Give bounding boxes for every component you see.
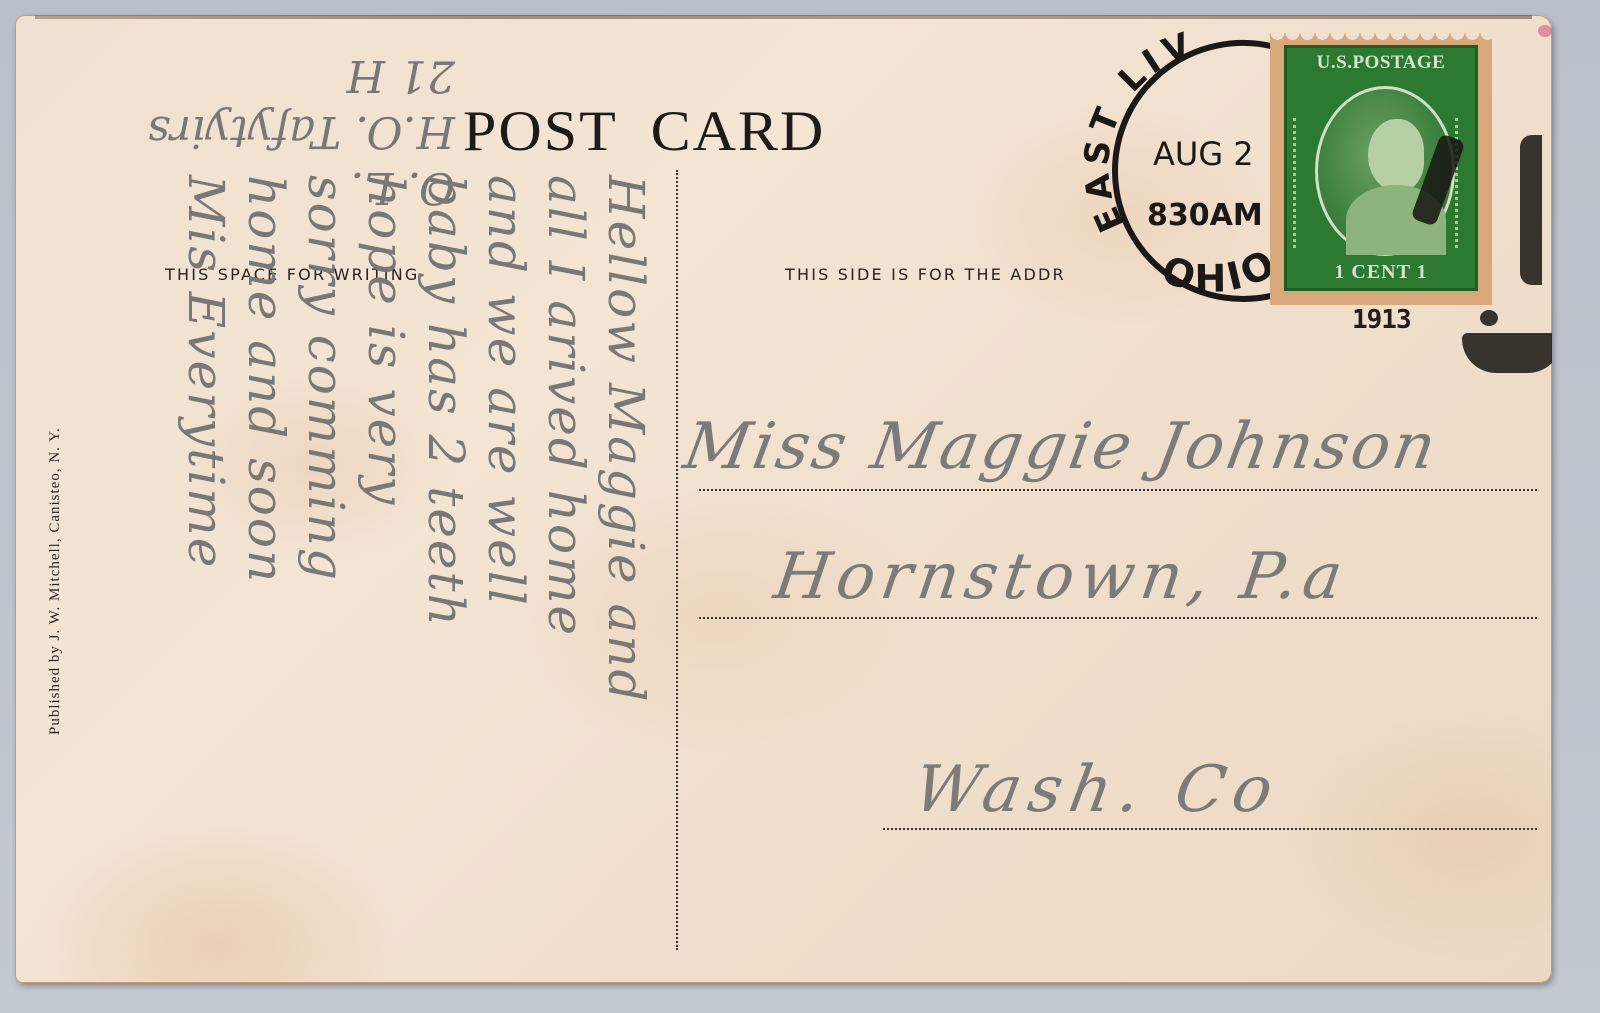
center-divider xyxy=(676,170,678,950)
cancel-mark xyxy=(1462,333,1552,373)
card-top-edge xyxy=(35,15,1532,19)
svg-text:OHIO: OHIO xyxy=(1157,240,1285,301)
stamp-top-text: U.S.POSTAGE xyxy=(1293,52,1469,74)
message-line: hope is very xyxy=(355,175,415,703)
handwritten-message: Hellow Maggie and all I arived home and … xyxy=(175,175,655,703)
address-side-label: THIS SIDE IS FOR THE ADDR xyxy=(785,265,1066,284)
handwritten-upside-down-note: O. L. H.O. Tafytyirs 21 H xyxy=(148,47,455,215)
stamp-denomination: 1 CENT 1 xyxy=(1293,261,1469,284)
postmark-year: 1913 xyxy=(1352,305,1411,335)
postage-stamp: U.S.POSTAGE 1 CENT 1 xyxy=(1270,33,1492,305)
postmark-time: 830AM xyxy=(1147,198,1263,233)
laurel-left-icon xyxy=(1293,118,1309,248)
message-line: and we are well xyxy=(475,175,535,703)
message-line: Hellow Maggie and xyxy=(595,175,655,703)
address-line-2 xyxy=(699,617,1537,619)
address-line-3 xyxy=(883,828,1537,830)
address-county: Wash. Co xyxy=(908,753,1286,827)
publisher-imprint: Published by J. W. Mitchell, Canisteo, N… xyxy=(47,427,64,735)
cancel-mark xyxy=(1480,310,1498,326)
card-title: POST CARD xyxy=(463,99,825,165)
cancel-mark xyxy=(1520,135,1542,285)
message-line: sorry comming xyxy=(295,175,355,703)
address-line-1 xyxy=(699,489,1537,491)
portrait-head xyxy=(1368,119,1424,191)
postmark-date: AUG 2 xyxy=(1153,135,1254,173)
note-line: 21 H xyxy=(148,47,455,103)
pink-spot xyxy=(1538,25,1552,37)
postmark-state: OHIO xyxy=(1157,240,1285,301)
laurel-right-icon xyxy=(1455,118,1471,248)
postcard: POST CARD THIS SPACE FOR WRITING THIS SI… xyxy=(15,15,1552,983)
message-line: Mis Everytime xyxy=(175,175,235,703)
message-line: home and soon xyxy=(235,175,295,703)
message-line: baby has 2 teeth xyxy=(415,175,475,703)
address-name: Miss Maggie Johnson xyxy=(678,410,1444,484)
address-city: Hornstown, P.a xyxy=(770,540,1353,614)
note-line: O. L. xyxy=(148,159,455,215)
note-line: H.O. Tafytyirs xyxy=(148,103,455,159)
message-line: all I arived home xyxy=(535,175,595,703)
